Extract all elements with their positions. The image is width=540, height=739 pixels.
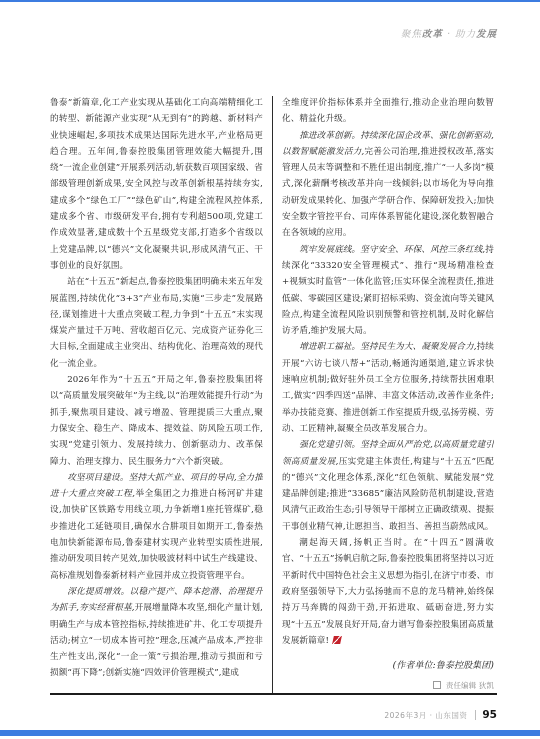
paragraph-lead: 攻坚项目建设。坚持大抓产业、项目的导向,全力推进十大重点突破工程, bbox=[50, 473, 263, 499]
paragraph-lead: 筑牢发展底线。坚守安全、环保、风控三条红线, bbox=[299, 245, 485, 255]
author-note: (作者单位:鲁泰控股集团) bbox=[282, 658, 494, 674]
article-end-mark-icon bbox=[332, 636, 342, 644]
article-paragraph: 增进职工福祉。坚持民生为大、凝聚发展合力,持续开展“六访七谈八帮+”活动,畅通沟… bbox=[282, 339, 494, 437]
paragraph-lead: 增进职工福祉。坚持民生为大、凝聚发展合力, bbox=[299, 342, 476, 352]
editor-credit: 责任编辑 狄凯 bbox=[282, 679, 494, 693]
article-paragraph: 鲁泰”新篇章,化工产业实现从基础化工向高端精细化工的转型、新能源产业实现“从无到… bbox=[50, 95, 263, 274]
article-column-left: 鲁泰”新篇章,化工产业实现从基础化工向高端精细化工的转型、新能源产业实现“从无到… bbox=[50, 95, 263, 693]
column-divider bbox=[272, 96, 273, 693]
section-label-part: · 助力 bbox=[443, 29, 476, 40]
section-label-part: 改革 bbox=[422, 29, 443, 40]
article-paragraph: 深化提质增效。以稳产提产、降本挖潜、治理提升为抓手,夯实经营根基,开展增量降本攻… bbox=[50, 584, 263, 682]
article-paragraph: 潮起海天阔,扬帆正当时。在“十四五”圆满收官、“十五五”扬帆启航之际,鲁泰控股集… bbox=[282, 535, 494, 649]
article-body: 鲁泰”新篇章,化工产业实现从基础化工向高端精细化工的转型、新能源产业实现“从无到… bbox=[50, 95, 497, 695]
editor-square-icon bbox=[433, 681, 441, 689]
paragraph-lead: 强化党建引领。坚持全面从严治党,以高质量党建引领高质量发展, bbox=[282, 440, 494, 466]
article-paragraph: 全维度评价指标体系并全面推行,推动企业治理向数智化、精益化升级。 bbox=[282, 95, 494, 128]
section-label: 聚焦改革 · 助力发展 bbox=[401, 29, 497, 40]
section-label-part: 发展 bbox=[476, 29, 497, 40]
magazine-page: 聚焦改革 · 助力发展 鲁泰”新篇章,化工产业实现从基础化工向高端精细化工的转型… bbox=[0, 0, 540, 739]
article-column-right: 全维度评价指标体系并全面推行,推动企业治理向数智化、精益化升级。推进改革创新。持… bbox=[282, 95, 494, 693]
top-accent-bar bbox=[0, 0, 540, 2]
article-paragraph: 筑牢发展底线。坚守安全、环保、风控三条红线,持续深化“33320安全管理模式”、… bbox=[282, 242, 494, 340]
bottom-accent-bar bbox=[0, 730, 540, 736]
page-footer: 2026年3月 · 山东国资95 bbox=[50, 703, 497, 722]
issue-label: 2026年3月 · 山东国资 bbox=[384, 711, 467, 720]
paragraph-lead: 深化提质增效。以稳产提产、降本挖潜、治理提升为抓手,夯实经营根基, bbox=[50, 587, 263, 613]
page-header: 聚焦改革 · 助力发展 bbox=[50, 26, 497, 40]
article-paragraph: 攻坚项目建设。坚持大抓产业、项目的导向,全力推进十大重点突破工程,举全集团之力推… bbox=[50, 470, 263, 584]
paragraph-lead: 推进改革创新。持续深化国企改革、强化创新驱动,以数智赋能激发活力, bbox=[282, 131, 494, 157]
page-number: 95 bbox=[482, 709, 497, 721]
article-paragraph: 推进改革创新。持续深化国企改革、强化创新驱动,以数智赋能激发活力,完善公司治理,… bbox=[282, 128, 494, 242]
article-paragraph: 强化党建引领。坚持全面从严治党,以高质量党建引领高质量发展,压实党建主体责任,构… bbox=[282, 437, 494, 535]
footer-divider bbox=[475, 710, 476, 720]
article-paragraph: 2026年作为“十五五”开局之年,鲁泰控股集团将以“高质量发展突破年”为主线,以… bbox=[50, 372, 263, 470]
section-label-part: 聚焦 bbox=[401, 29, 422, 40]
article-paragraph: 站在“十五五”新起点,鲁泰控股集团明确未来五年发展蓝图,持续优化“3+3”产业布… bbox=[50, 274, 263, 372]
